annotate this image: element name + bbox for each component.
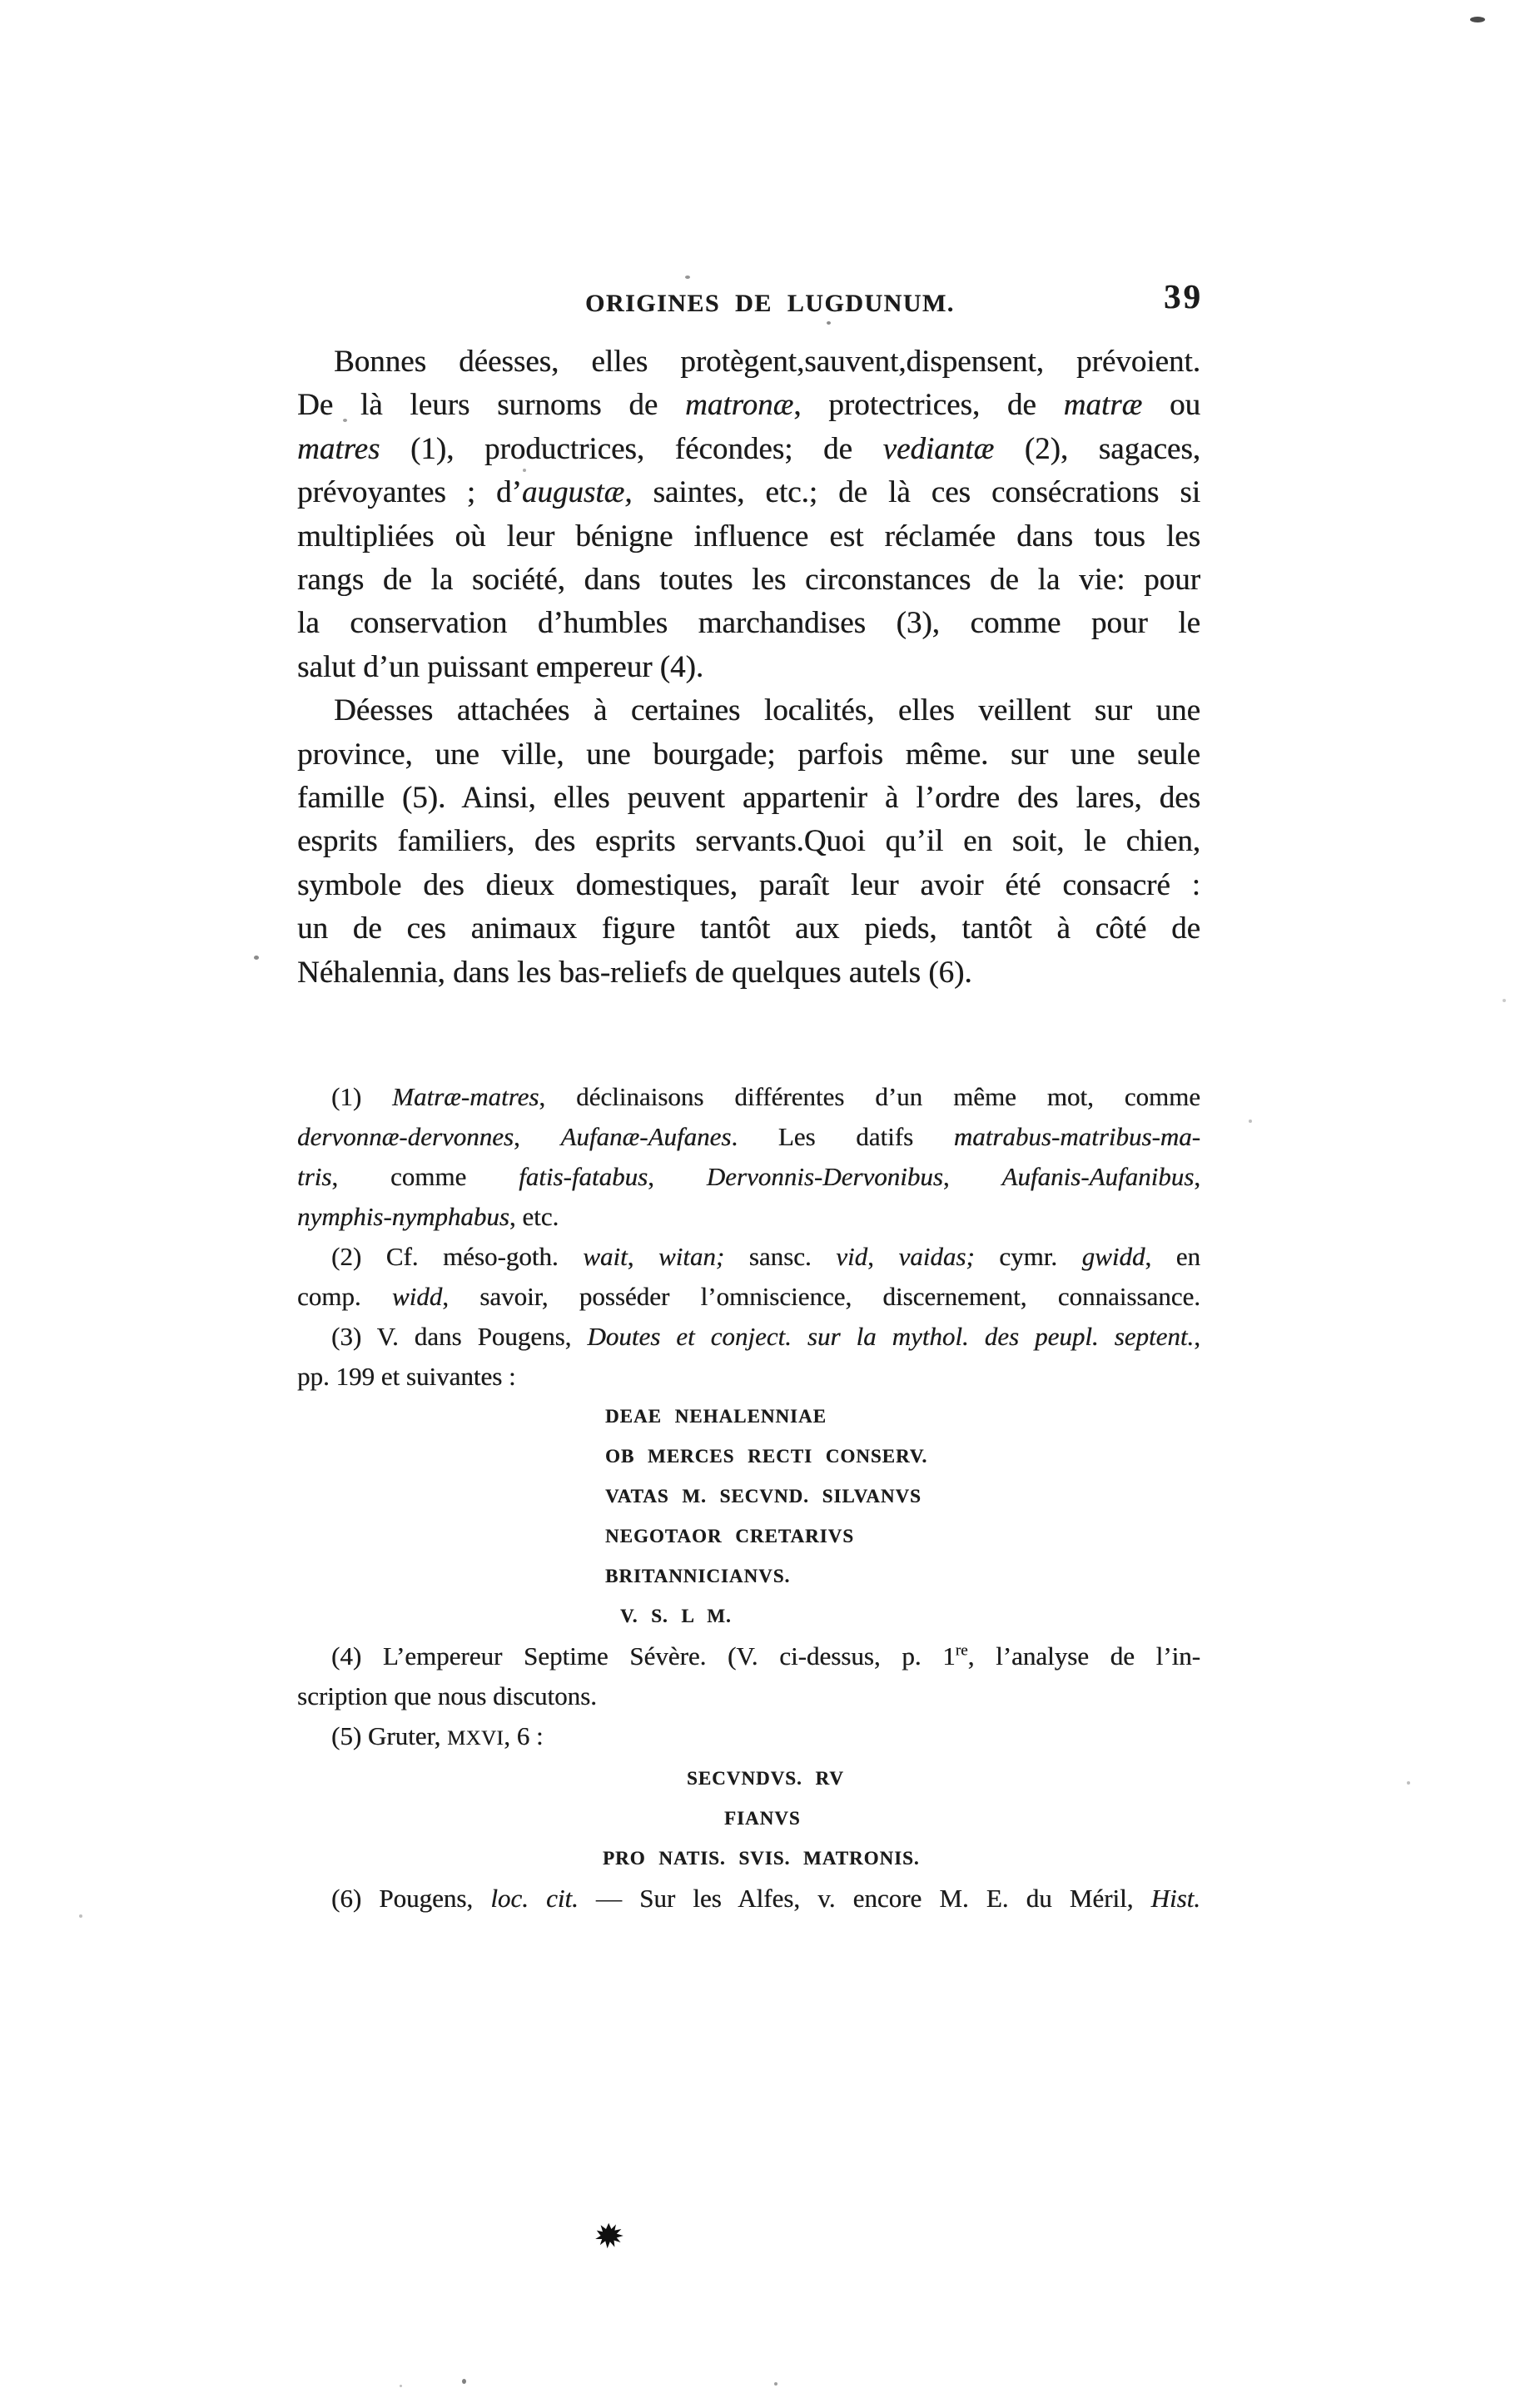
text-run: ,: [628, 1242, 658, 1271]
text-run: re: [956, 1642, 968, 1660]
text-run: Matræ-matres: [392, 1082, 539, 1111]
text-run: loc. cit.: [490, 1884, 579, 1913]
text-run: augustæ,: [522, 475, 633, 509]
scan-speck: [79, 1914, 82, 1918]
text-run: scription que nous discutons.: [297, 1681, 597, 1710]
scan-speck: [523, 469, 526, 472]
text-run: , protectrices, de: [793, 388, 1063, 422]
text-run: Aufanæ-Aufanes: [560, 1122, 731, 1151]
text-run: MXVI: [447, 1727, 504, 1750]
text-line: rangs de la société, dans toutes les cir…: [297, 559, 1200, 602]
text-run: multipliées où leur bénigne influence es…: [297, 519, 1200, 554]
text-line: (2) Cf. méso-goth. wait, witan; sansc. v…: [297, 1237, 1200, 1277]
scan-speck: [343, 419, 347, 422]
footnotes-block: (1) Matræ-matres, déclinaisons différent…: [297, 1077, 1200, 1919]
text-line: symbole des dieux domestiques, paraît le…: [297, 864, 1200, 907]
text-run: wait: [583, 1242, 627, 1271]
text-line: prévoyantes ; d’augustæ, saintes, etc.; …: [297, 471, 1200, 514]
text-run: tris: [297, 1162, 331, 1191]
scan-speck: [1249, 1120, 1252, 1123]
text-run: la conservation d’humbles marchandises (…: [297, 606, 1200, 640]
inscription-line: PRO NATIS. SVIS. MATRONIS.: [297, 1839, 1200, 1879]
text-run: matrabus-matribus-ma-: [954, 1122, 1200, 1151]
text-line: salut d’un puissant empereur (4).: [297, 646, 1200, 689]
text-run: ,: [1194, 1162, 1200, 1191]
text-line: matres (1), productrices, fécondes; de v…: [297, 428, 1200, 471]
text-line: province, une ville, une bourgade; parfo…: [297, 733, 1200, 777]
text-run: (1): [331, 1082, 392, 1111]
text-run: province, une ville, une bourgade; parfo…: [297, 737, 1200, 772]
text-line: scription que nous discutons.: [297, 1676, 1200, 1716]
book-page: ORIGINES DE LUGDUNUM. 39 Bonnes déesses,…: [0, 0, 1540, 2408]
text-line: (3) V. dans Pougens, Doutes et conject. …: [297, 1317, 1200, 1357]
text-run: FIANVS: [724, 1808, 801, 1829]
text-run: prévoyantes ; d’: [297, 475, 522, 509]
text-run: salut d’un puissant empereur (4).: [297, 650, 703, 684]
text-run: , savoir, posséder l’omniscience, discer…: [442, 1282, 1200, 1311]
scan-speck: [400, 2385, 402, 2387]
text-run: saintes, etc.; de là ces consécrations s…: [632, 475, 1200, 509]
text-line: tris, comme fatis-fatabus, Dervonnis-Der…: [297, 1157, 1200, 1197]
text-run: (1), productrices, fécondes; de: [380, 432, 882, 466]
text-line: comp. widd, savoir, posséder l’omniscien…: [297, 1277, 1200, 1317]
text-line: (6) Pougens, loc. cit. — Sur les Alfes, …: [297, 1879, 1200, 1919]
text-run: PRO NATIS. SVIS. MATRONIS.: [603, 1848, 920, 1869]
text-run: — Sur les Alfes, v. encore M. E. du Méri…: [579, 1884, 1151, 1913]
inscription-line: OB MERCES RECTI CONSERV.: [297, 1437, 1200, 1477]
scan-speck: [462, 2379, 466, 2384]
text-run: (3) V. dans Pougens,: [331, 1322, 587, 1351]
text-run: vaidas;: [898, 1242, 974, 1271]
text-run: rangs de la société, dans toutes les cir…: [297, 563, 1200, 597]
text-run: (6) Pougens,: [331, 1884, 490, 1913]
text-run: (4) L’empereur Septime Sévère. (V. ci-de…: [331, 1641, 956, 1671]
scan-speck: [827, 321, 831, 325]
text-run: pp. 199 et suivantes :: [297, 1362, 516, 1391]
text-run: Dervonnis-Dervonibus: [707, 1162, 943, 1191]
text-run: symbole des dieux domestiques, paraît le…: [297, 868, 1200, 902]
text-run: Bonnes déesses, elles protègent,sauvent,…: [334, 345, 1200, 379]
text-run: VATAS M. SECVND. SILVANVS: [605, 1486, 922, 1507]
text-run: Hist.: [1151, 1884, 1200, 1913]
inscription-line: NEGOTAOR CRETARIVS: [297, 1517, 1200, 1557]
text-run: fatis-fatabus: [519, 1162, 648, 1191]
text-run: , l’analyse de l’in-: [968, 1641, 1200, 1671]
text-run: , en: [1145, 1242, 1200, 1271]
text-run: vediantæ: [883, 432, 995, 466]
text-run: V. S. L M.: [620, 1606, 732, 1626]
text-run: Doutes et conject. sur la mythol. des pe…: [587, 1322, 1194, 1351]
scan-speck: [685, 276, 690, 279]
inscription-line: BRITANNICIANVS.: [297, 1557, 1200, 1596]
text-run: , comme: [331, 1162, 519, 1191]
scan-speck: [1503, 999, 1506, 1002]
text-run: DEAE NEHALENNIAE: [605, 1406, 827, 1427]
text-line: pp. 199 et suivantes :: [297, 1357, 1200, 1397]
text-run: ,: [1194, 1322, 1200, 1351]
text-run: OB MERCES RECTI CONSERV.: [605, 1446, 927, 1467]
text-line: multipliées où leur bénigne influence es…: [297, 515, 1200, 559]
text-run: dervonnæ-dervonnes: [297, 1122, 514, 1151]
scan-speck: [1470, 17, 1485, 22]
text-run: BRITANNICIANVS.: [605, 1566, 790, 1586]
text-run: ,: [943, 1162, 1002, 1191]
text-run: matres: [297, 432, 380, 466]
main-text-block: Bonnes déesses, elles protègent,sauvent,…: [297, 340, 1200, 995]
text-run: SECVNDVS. RV: [687, 1768, 844, 1789]
text-run: (2) Cf. méso-goth.: [331, 1242, 583, 1271]
text-line: dervonnæ-dervonnes, Aufanæ-Aufanes. Les …: [297, 1117, 1200, 1157]
text-run: un de ces animaux figure tantôt aux pied…: [297, 911, 1200, 946]
text-run: matræ: [1064, 388, 1143, 422]
scan-speck: [1407, 1781, 1410, 1785]
scan-speck: [254, 956, 259, 960]
text-line: nymphis-nymphabus, etc.: [297, 1197, 1200, 1237]
text-line: Déesses attachées à certaines localités,…: [297, 689, 1200, 732]
text-line: (4) L’empereur Septime Sévère. (V. ci-de…: [297, 1636, 1200, 1676]
text-run: famille (5). Ainsi, elles peuvent appart…: [297, 781, 1200, 815]
text-run: esprits familiers, des esprits servants.…: [297, 824, 1200, 858]
text-run: Déesses attachées à certaines localités,…: [334, 693, 1200, 727]
text-run: De là leurs surnoms de: [297, 388, 685, 422]
page-number: 39: [1164, 276, 1203, 316]
ink-blot-ornament-icon: [592, 2222, 627, 2249]
text-line: (1) Matræ-matres, déclinaisons différent…: [297, 1077, 1200, 1117]
text-run: comp.: [297, 1282, 392, 1311]
text-run: ou: [1142, 388, 1200, 422]
text-run: widd: [392, 1282, 442, 1311]
text-run: , déclinaisons différentes d’un même mot…: [539, 1082, 1200, 1111]
inscription-line: FIANVS: [297, 1799, 1200, 1839]
text-run: (5) Gruter,: [331, 1721, 447, 1750]
text-run: witan;: [658, 1242, 724, 1271]
text-run: cymr.: [975, 1242, 1082, 1271]
text-run: (2), sagaces,: [994, 432, 1200, 466]
text-run: gwidd: [1082, 1242, 1145, 1271]
text-line: De là leurs surnoms de matronæ, protectr…: [297, 384, 1200, 427]
text-run: sansc.: [724, 1242, 836, 1271]
inscription-line: V. S. L M.: [297, 1596, 1200, 1636]
text-run: ,: [867, 1242, 898, 1271]
text-line: un de ces animaux figure tantôt aux pied…: [297, 907, 1200, 951]
text-run: Aufanis-Aufanibus: [1001, 1162, 1194, 1191]
text-line: la conservation d’humbles marchandises (…: [297, 602, 1200, 645]
running-title: ORIGINES DE LUGDUNUM.: [585, 290, 955, 318]
text-run: vid: [836, 1242, 867, 1271]
text-line: Néhalennia, dans les bas-reliefs de quel…: [297, 951, 1200, 995]
inscription-line: VATAS M. SECVND. SILVANVS: [297, 1477, 1200, 1517]
inscription-line: DEAE NEHALENNIAE: [297, 1397, 1200, 1437]
text-line: (5) Gruter, MXVI, 6 :: [297, 1716, 1200, 1759]
text-run: matronæ: [685, 388, 793, 422]
text-run: nymphis-nymphabus: [297, 1202, 509, 1231]
scan-speck: [774, 2382, 777, 2386]
text-run: Néhalennia, dans les bas-reliefs de quel…: [297, 956, 972, 990]
text-line: esprits familiers, des esprits servants.…: [297, 820, 1200, 863]
text-line: famille (5). Ainsi, elles peuvent appart…: [297, 777, 1200, 820]
text-run: NEGOTAOR CRETARIVS: [605, 1526, 854, 1547]
text-run: ,: [648, 1162, 707, 1191]
text-run: , 6 :: [504, 1721, 543, 1750]
text-line: Bonnes déesses, elles protègent,sauvent,…: [297, 340, 1200, 384]
text-run: ,: [514, 1122, 560, 1151]
inscription-line: SECVNDVS. RV: [297, 1759, 1200, 1799]
text-run: , etc.: [509, 1202, 559, 1231]
text-run: . Les datifs: [731, 1122, 953, 1151]
